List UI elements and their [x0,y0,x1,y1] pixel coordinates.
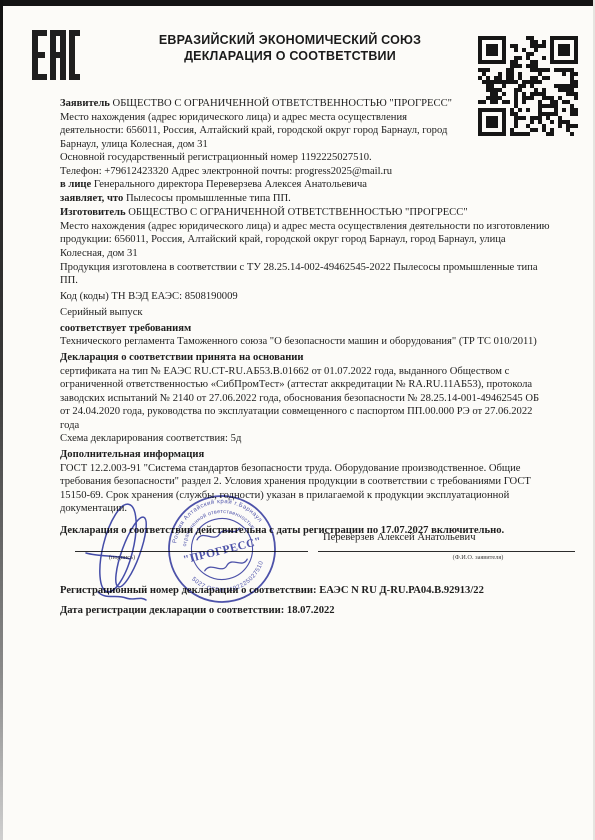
handwritten-signature [78,496,188,608]
doc-line: Изготовитель ОБЩЕСТВО С ОГРАНИЧЕННОЙ ОТВ… [60,206,580,220]
doc-line: ГОСТ 12.2.003-91 "Система стандартов без… [60,462,580,476]
scan-edge-top [0,0,595,6]
doc-line: Место нахождения (адрес юридического лиц… [60,111,580,125]
doc-line: от 24.04.2020 года, руководства по экспл… [60,405,580,419]
title-union: ЕВРАЗИЙСКИЙ ЭКОНОМИЧЕСКИЙ СОЮЗ [120,33,460,49]
doc-line: в лице Генерального директора Переверзев… [60,178,580,192]
doc-line: Схема декларирования соответствия: 5д [60,432,580,446]
doc-line: Серийный выпуск [60,306,580,320]
doc-line: требования безопасности" раздел 2. Услов… [60,475,580,489]
doc-line: Декларация о соответствии принята на осн… [60,351,580,365]
fullname-line [318,551,575,552]
doc-line: Заявитель ОБЩЕСТВО С ОГРАНИЧЕННОЙ ОТВЕТС… [60,97,580,111]
doc-line: Колесная, дом 31 [60,247,580,261]
doc-line: заводских испытаний № 2140 от 27.06.2022… [60,392,580,406]
doc-line: сертификата на тип № ЕАЭС RU.СТ-RU.АБ53.… [60,365,580,379]
doc-line: Код (коды) ТН ВЭД ЕАЭС: 8508190009 [60,290,580,304]
stamp-ring-bottom-text: 5027 ОГРН 1192225027510 [189,559,270,602]
doc-line: года [60,419,580,433]
eac-logo [32,30,80,80]
fullname-caption: (Ф.И.О. заявителя) [438,554,518,561]
document-title: ЕВРАЗИЙСКИЙ ЭКОНОМИЧЕСКИЙ СОЮЗ ДЕКЛАРАЦИ… [120,33,460,64]
stamp-company-name: "ПРОГРЕСС" [182,535,263,566]
body-text: Заявитель ОБЩЕСТВО С ОГРАНИЧЕННОЙ ОТВЕТС… [60,97,580,537]
declarant-name: Переверзев Алексей Анатольевич [323,532,476,543]
doc-line: Основной государственный регистрационный… [60,151,580,165]
doc-line: ограниченной ответственностью «СибПромТе… [60,378,580,392]
doc-line: Технического регламента Таможенного союз… [60,335,580,349]
doc-line: ПП. [60,274,580,288]
doc-line: соответствует требованиям [60,322,580,336]
doc-line: Телефон: +79612423320 Адрес электронной … [60,165,580,179]
doc-line: продукции: 656011, Россия, Алтайский кра… [60,233,580,247]
svg-text:5027 ОГРН 1192225027510: 5027 ОГРН 1192225027510 [189,559,270,602]
declaration-document: ЕВРАЗИЙСКИЙ ЭКОНОМИЧЕСКИЙ СОЮЗ ДЕКЛАРАЦИ… [0,0,595,840]
doc-line: заявляет, что Пылесосы промышленные типа… [60,192,580,206]
doc-line: деятельности: 656011, Россия, Алтайский … [60,124,580,138]
doc-line: Продукция изготовлена в соответствии с Т… [60,261,580,275]
title-doc-type: ДЕКЛАРАЦИЯ О СООТВЕТСТВИИ [120,49,460,65]
doc-line: Дополнительная информация [60,448,580,462]
doc-line: Место нахождения (адрес юридического лиц… [60,220,580,234]
doc-line: Барнаул, улица Колесная, дом 31 [60,138,580,152]
scan-edge-left [0,0,3,840]
